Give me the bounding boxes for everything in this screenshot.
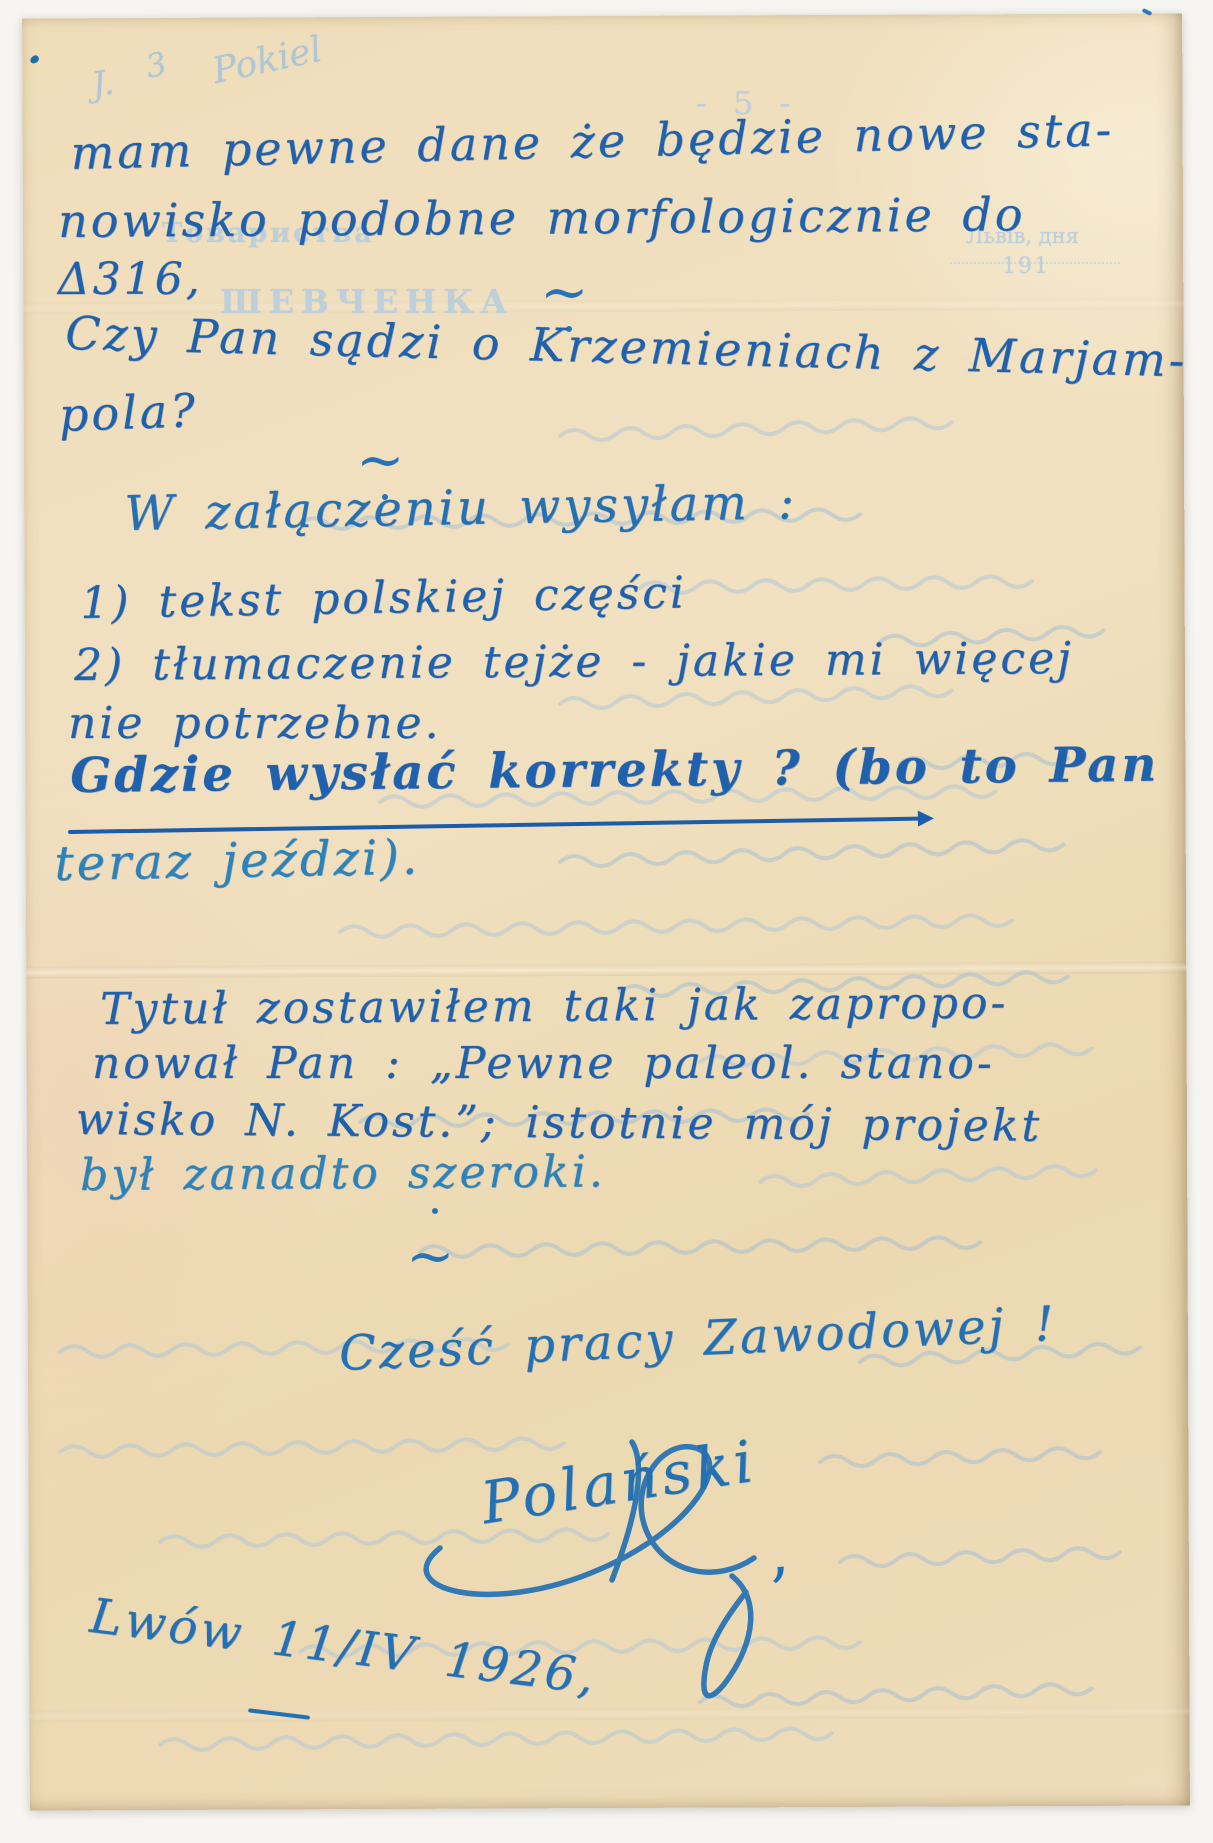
letter-line-9: nie potrzebne. (68, 698, 442, 749)
ink-layer: mam pewne dane że będzie nowe sta- nowis… (0, 0, 1213, 1843)
scanned-letter-page: J. 3 Pokiel - 5 - Товариства ШЕВЧЕНКА Ль… (0, 0, 1213, 1843)
letter-line-8: 2) tłumaczenie tejże - jakie mi więcej (74, 633, 1074, 691)
letter-line-5: pola? (58, 383, 199, 442)
date-roman-numeral-underline (248, 1708, 310, 1720)
signature-block: Polański , (380, 1408, 880, 1748)
ink-edge-mark (1142, 8, 1153, 16)
letter-line-11: teraz jeździ). (54, 830, 421, 892)
letter-line-10: Gdzie wysłać korrekty ? (bo to Pan (70, 737, 1160, 804)
letter-line-13: nował Pan : „Pewne paleol. stano- (92, 1038, 995, 1089)
letter-line-7: 1) tekst polskiej części (80, 567, 687, 629)
separator-mark: ~ (406, 1222, 455, 1290)
closing-line: Cześć pracy Zawodowej ! (338, 1296, 1058, 1382)
letter-line-6: W załączeniu wysyłam : (124, 474, 798, 542)
letter-line-4: Czy Pan sądzi o Krzemieniach z Marjam- (65, 306, 1188, 387)
letter-line-2: nowisko podobne morfologicznie do (58, 187, 1026, 248)
letter-line-15: był zanadto szeroki. (80, 1146, 606, 1201)
emphasis-underline-arrow (68, 817, 920, 834)
separator-mark: ~ (540, 258, 589, 326)
letter-line-14: wisko N. Kost.”; istotnie mój projekt (76, 1094, 1043, 1152)
letter-line-12: Tytuł zostawiłem taki jak zapropo- (100, 978, 1009, 1035)
ink-corner-mark (29, 54, 40, 65)
letter-line-3: Δ316, (58, 254, 203, 305)
letter-line-1: mam pewne dane że będzie nowe sta- (70, 102, 1115, 180)
